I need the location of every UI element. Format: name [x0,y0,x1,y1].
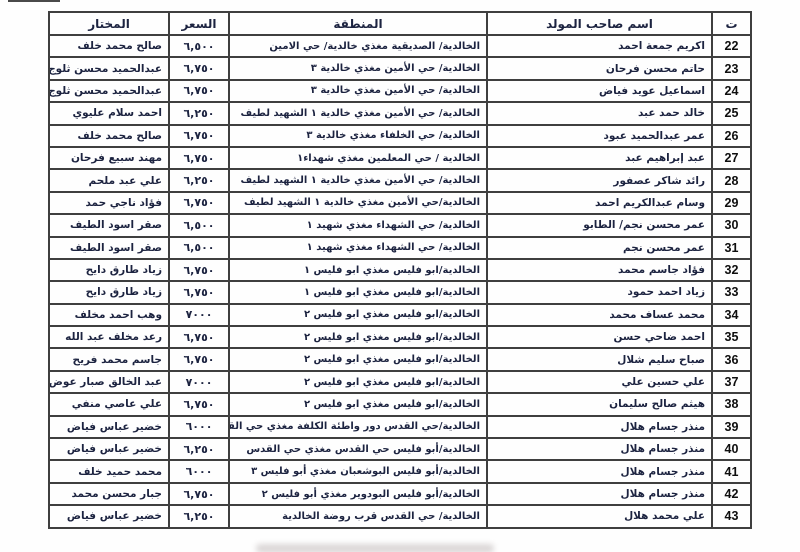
cell-owner: صباح سليم شلال [487,348,712,370]
cell-region: الخالدية/ حي القدس قرب روضة الخالدية [229,505,487,527]
table-row: 38هيثم صالح سليمانالخالدية/ابو فليس مغذي… [49,393,751,415]
cell-price: ٦,٧٥٠ [169,483,229,505]
cell-mukhtar: علي عبد ملحم [49,169,169,191]
cell-mukhtar: خضير عباس فياض [49,505,169,527]
cell-region: الخالدية/أبو فليس البودوير مغذي أبو فليس… [229,483,487,505]
header-row: ت اسم صاحب المولد المنطقة السعر المختار [49,12,751,35]
col-header-num: ت [712,12,751,35]
cell-num: 29 [712,192,751,214]
cell-region: الخالدية/ حي الشهداء مغذي شهيد ١ [229,214,487,236]
cell-owner: اكريم جمعة احمد [487,35,712,57]
cell-num: 34 [712,304,751,326]
cell-owner: عمر محسن نجم [487,237,712,259]
cell-mukhtar: جبار محسن محمد [49,483,169,505]
cell-region: الخالدية/ابو فليس مغذي ابو فليس ١ [229,281,487,303]
cell-num: 27 [712,147,751,169]
cell-num: 39 [712,416,751,438]
cell-owner: منذر جسام هلال [487,460,712,482]
cell-price: ٦,٥٠٠ [169,237,229,259]
cell-mukhtar: احمد سلام عليوي [49,102,169,124]
cell-region: الخالدية/ حي الشهداء مغذي شهيد ١ [229,237,487,259]
col-header-price: السعر [169,12,229,35]
table-row: 35احمد ضاحي حسنالخالدية/ابو فليس مغذي اب… [49,326,751,348]
table-row: 24اسماعيل عويد فياضالخالدية/ حي الأمين م… [49,80,751,102]
cell-region: الخالدية/ابو فليس مغذي ابو فليس ٢ [229,348,487,370]
cell-price: ٦,٧٥٠ [169,348,229,370]
cell-region: الخالدية/ الصديقية مغذي خالدية/ حي الامي… [229,35,487,57]
cell-owner: محمد عساف محمد [487,304,712,326]
cell-price: ٧٠٠٠ [169,371,229,393]
table-row: 43علي محمد هلالالخالدية/ حي القدس قرب رو… [49,505,751,527]
cell-num: 43 [712,505,751,527]
cell-owner: وسام عبدالكريم احمد [487,192,712,214]
table-body: 22اكريم جمعة احمدالخالدية/ الصديقية مغذي… [49,35,751,528]
cell-region: الخالدية/ابو فليس مغذي ابو فليس ٢ [229,393,487,415]
cell-mukhtar: جاسم محمد فريح [49,348,169,370]
cell-owner: عبد إبراهيم عبد [487,147,712,169]
cell-num: 42 [712,483,751,505]
cell-mukhtar: عبد الخالق صبار عوض [49,371,169,393]
cell-owner: منذر جسام هلال [487,438,712,460]
generators-price-table: ت اسم صاحب المولد المنطقة السعر المختار … [48,11,752,529]
cell-mukhtar: فؤاد ناجي حمد [49,192,169,214]
cell-price: ٦,٧٥٠ [169,326,229,348]
cell-region: الخالدية/ابو فليس مغذي ابو فليس ٢ [229,304,487,326]
cell-region: الخالدية / حي المعلمين مغذي شهداء١ [229,147,487,169]
cell-num: 26 [712,125,751,147]
cell-mukhtar: صقر اسود الطيف [49,237,169,259]
cell-price: ٦٠٠٠ [169,460,229,482]
cell-region: الخالدية/أبو فليس البوشعبان مغذي أبو فلي… [229,460,487,482]
scanned-document-page: ت اسم صاحب المولد المنطقة السعر المختار … [0,0,800,552]
cell-price: ٦,٧٥٠ [169,147,229,169]
cell-region: الخالدية/ حي الأمين مغذي خالدية ١ الشهيد… [229,169,487,191]
cell-num: 32 [712,259,751,281]
table-row: 33زياد احمد حمودالخالدية/ابو فليس مغذي ا… [49,281,751,303]
cell-owner: علي محمد هلال [487,505,712,527]
cell-num: 37 [712,371,751,393]
cell-mukhtar: خضير عباس فياض [49,438,169,460]
page-edge-artifact-top [8,0,60,2]
table-row: 26عمر عبدالحميد عبودالخالدية/ حي الخلفاء… [49,125,751,147]
col-header-region: المنطقة [229,12,487,35]
cell-num: 40 [712,438,751,460]
table-row: 22اكريم جمعة احمدالخالدية/ الصديقية مغذي… [49,35,751,57]
cell-region: الخالدية/ابو فليس مغذي ابو فليس ١ [229,259,487,281]
cell-num: 31 [712,237,751,259]
cell-mukhtar: وهب احمد مخلف [49,304,169,326]
cell-mukhtar: عبدالحميد محسن ثلوج [49,80,169,102]
cell-region: الخالدية/حي القدس دور واطئة الكلفة مغذي … [229,416,487,438]
table-row: 36صباح سليم شلالالخالدية/ابو فليس مغذي ا… [49,348,751,370]
cell-num: 41 [712,460,751,482]
cell-num: 35 [712,326,751,348]
cell-price: ٦,٢٥٠ [169,169,229,191]
cell-price: ٦,٥٠٠ [169,35,229,57]
cell-num: 22 [712,35,751,57]
cell-region: الخالدية/ابو فليس مغذي ابو فليس ٢ [229,371,487,393]
cell-price: ٦,٢٥٠ [169,102,229,124]
cell-region: الخالدية/ حي الأمين مغذي خالدية ١ الشهيد… [229,102,487,124]
cell-num: 33 [712,281,751,303]
cell-region: الخالدية/حي الأمين مغذي خالدية ١ الشهيد … [229,192,487,214]
table-row: 37علي حسين عليالخالدية/ابو فليس مغذي ابو… [49,371,751,393]
cell-mukhtar: علي عاصي منفي [49,393,169,415]
cell-mukhtar: صالح محمد خلف [49,125,169,147]
cell-owner: منذر جسام هلال [487,483,712,505]
col-header-mukhtar: المختار [49,12,169,35]
cell-price: ٦,٢٥٠ [169,505,229,527]
table-row: 40منذر جسام هلالالخالدية/أبو فليس حي الق… [49,438,751,460]
cell-owner: خالد حمد عبد [487,102,712,124]
cell-owner: علي حسين علي [487,371,712,393]
cell-mukhtar: خضير عباس فياض [49,416,169,438]
cell-region: الخالدية/ حي الأمين مغذي خالدية ٣ [229,57,487,79]
cell-owner: احمد ضاحي حسن [487,326,712,348]
cell-owner: هيثم صالح سليمان [487,393,712,415]
table-row: 32فؤاد جاسم محمدالخالدية/ابو فليس مغذي ا… [49,259,751,281]
cell-price: ٦,٧٥٠ [169,57,229,79]
cell-mukhtar: زياد طارق دايح [49,281,169,303]
cell-region: الخالدية/أبو فليس حي القدس مغذي حي القدس [229,438,487,460]
cell-owner: زياد احمد حمود [487,281,712,303]
table-row: 31عمر محسن نجمالخالدية/ حي الشهداء مغذي … [49,237,751,259]
cell-owner: فؤاد جاسم محمد [487,259,712,281]
cell-price: ٦٠٠٠ [169,416,229,438]
cell-owner: رائد شاكر عصفور [487,169,712,191]
cell-price: ٦,٧٥٠ [169,125,229,147]
table-row: 25خالد حمد عبدالخالدية/ حي الأمين مغذي خ… [49,102,751,124]
cell-num: 28 [712,169,751,191]
table-row: 23حاتم محسن فرحانالخالدية/ حي الأمين مغذ… [49,57,751,79]
cell-price: ٦,٢٥٠ [169,438,229,460]
scan-blur-bottom [256,544,494,552]
cell-num: 23 [712,57,751,79]
cell-mukhtar: محمد حميد خلف [49,460,169,482]
cell-owner: حاتم محسن فرحان [487,57,712,79]
cell-price: ٦,٧٥٠ [169,192,229,214]
table-row: 29وسام عبدالكريم احمدالخالدية/حي الأمين … [49,192,751,214]
table-row: 28رائد شاكر عصفورالخالدية/ حي الأمين مغذ… [49,169,751,191]
cell-price: ٦,٧٥٠ [169,80,229,102]
cell-mukhtar: زياد طارق دايح [49,259,169,281]
cell-owner: عمر محسن نجم/ الطابو [487,214,712,236]
cell-num: 25 [712,102,751,124]
table-row: 42منذر جسام هلالالخالدية/أبو فليس البودو… [49,483,751,505]
cell-owner: اسماعيل عويد فياض [487,80,712,102]
cell-price: ٧٠٠٠ [169,304,229,326]
cell-mukhtar: مهند سبيع فرحان [49,147,169,169]
table-row: 27عبد إبراهيم عبدالخالدية / حي المعلمين … [49,147,751,169]
cell-mukhtar: رعد مخلف عبد الله [49,326,169,348]
table-row: 34محمد عساف محمدالخالدية/ابو فليس مغذي ا… [49,304,751,326]
cell-owner: عمر عبدالحميد عبود [487,125,712,147]
table-header: ت اسم صاحب المولد المنطقة السعر المختار [49,12,751,35]
cell-region: الخالدية/ حي الخلفاء مغذي خالدية ٣ [229,125,487,147]
cell-num: 24 [712,80,751,102]
cell-price: ٦,٥٠٠ [169,214,229,236]
cell-num: 36 [712,348,751,370]
cell-region: الخالدية/ حي الأمين مغذي خالدية ٣ [229,80,487,102]
table-row: 39منذر جسام هلالالخالدية/حي القدس دور وا… [49,416,751,438]
cell-region: الخالدية/ابو فليس مغذي ابو فليس ٢ [229,326,487,348]
cell-price: ٦,٧٥٠ [169,259,229,281]
cell-owner: منذر جسام هلال [487,416,712,438]
table-row: 30عمر محسن نجم/ الطابوالخالدية/ حي الشهد… [49,214,751,236]
cell-num: 30 [712,214,751,236]
table-row: 41منذر جسام هلالالخالدية/أبو فليس البوشع… [49,460,751,482]
cell-price: ٦,٧٥٠ [169,281,229,303]
cell-num: 38 [712,393,751,415]
cell-price: ٦,٧٥٠ [169,393,229,415]
cell-mukhtar: صقر اسود الطيف [49,214,169,236]
cell-mukhtar: صالح محمد خلف [49,35,169,57]
col-header-owner: اسم صاحب المولد [487,12,712,35]
cell-mukhtar: عبدالحميد محسن ثلوج [49,57,169,79]
